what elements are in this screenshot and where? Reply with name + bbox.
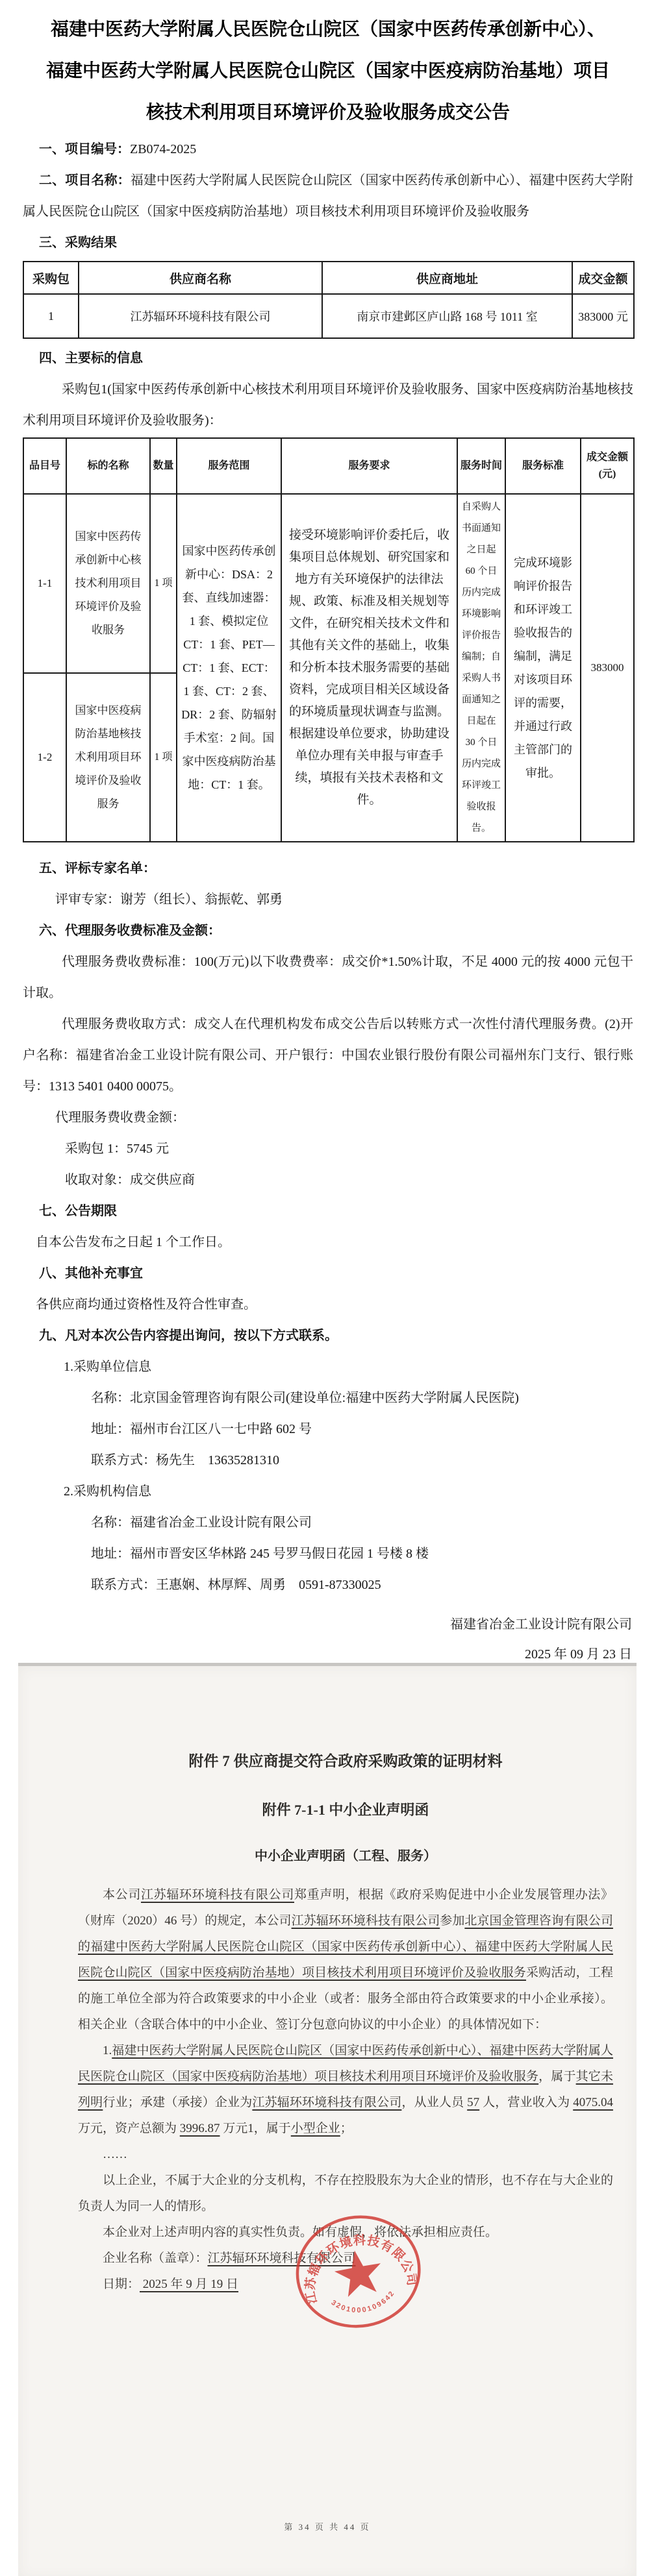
- detail-header-item-no: 品目号: [23, 438, 66, 494]
- agency-address: 地址：福州市晋安区华林路 245 号罗马假日花园 1 号楼 8 楼: [23, 1538, 633, 1569]
- result-header-address: 供应商地址: [322, 262, 572, 294]
- attachment-subtitle: 附件 7-1-1 中小企业声明函: [78, 1799, 613, 1819]
- para2-seg: 57: [467, 2096, 479, 2109]
- doc-title-line-3: 核技术利用项目环境评价及验收服务成交公告: [23, 92, 633, 134]
- agency-fee-standard: 代理服务费收费标准：100(万元)以下收费费率：成交价*1.50%计取，不足 4…: [23, 946, 633, 1009]
- supplement-body: 各供应商均通过资格性及符合性审查。: [23, 1289, 633, 1320]
- para2-seg: 人，营业收入为: [479, 2096, 573, 2109]
- para2-seg: 福建中医药大学附属人民医院仓山院区（国家中医药传承创新中心）、福建中医药大学附属…: [78, 2044, 613, 2083]
- section-heading-experts: 五、评标专家名单：: [23, 853, 633, 884]
- agency-fee-amount-label: 代理服务费收费金额：: [23, 1102, 633, 1133]
- table-row: 1 江苏辐环环境科技有限公司 南京市建邺区庐山路 168 号 1011 室 38…: [23, 294, 634, 338]
- para1-seg: 本公司: [103, 1888, 141, 1902]
- para2-seg: ，从业人员: [401, 2096, 467, 2109]
- result-cell-supplier: 江苏辐环环境科技有限公司: [79, 294, 322, 338]
- detail-cell-item-no-1: 1-1: [23, 494, 66, 673]
- detail-header-amount: 成交金额(元): [581, 438, 634, 494]
- section-heading-agency-fee: 六、代理服务收费标准及金额：: [23, 915, 633, 946]
- section-heading-result: 三、采购结果: [23, 227, 633, 258]
- detail-header-scope: 服务范围: [177, 438, 281, 494]
- project-number-label: 一、项目编号：: [39, 142, 130, 156]
- para2-seg: 小型企业: [291, 2122, 340, 2135]
- date-value: 2025 年 9 月 19 日: [140, 2277, 238, 2291]
- section-heading-subject-info: 四、主要标的信息: [23, 343, 633, 374]
- agency-name: 名称：福建省冶金工业设计院有限公司: [23, 1507, 633, 1538]
- para2-seg: 3996.87: [180, 2122, 220, 2135]
- date-label: 日期：: [103, 2277, 140, 2291]
- experts-list: 评审专家：谢芳（组长）、翁振乾、郭勇: [23, 884, 633, 915]
- attachment-paragraph-3: 以上企业，不属于大企业的分支机构，不存在控股股东为大企业的情形，也不存在与大企业…: [78, 2168, 613, 2220]
- para1-seg: 江苏辐环环境科技有限公司: [292, 1914, 440, 1928]
- result-cell-amount: 383000 元: [572, 294, 634, 338]
- purchaser-contact: 联系方式：杨先生 13635281310: [23, 1445, 633, 1476]
- svg-text:3201000109642: 3201000109642: [329, 2288, 399, 2320]
- result-cell-package: 1: [23, 294, 79, 338]
- seal-number-text: 3201000109642: [329, 2288, 399, 2320]
- detail-cell-qty-2: 1 项: [150, 673, 177, 842]
- result-cell-address: 南京市建邺区庐山路 168 号 1011 室: [322, 294, 572, 338]
- agency-fee-payer: 收取对象：成交供应商: [23, 1164, 633, 1196]
- attachment-title: 附件 7 供应商提交符合政府采购政策的证明材料: [78, 1749, 613, 1771]
- result-header-package: 采购包: [23, 262, 79, 294]
- section-heading-notice-period: 七、公告期限: [23, 1196, 633, 1227]
- announcement-page: 福建中医药大学附属人民医院仓山院区（国家中医药传承创新中心）、 福建中医药大学附…: [0, 0, 656, 2576]
- result-table-header-row: 采购包 供应商名称 供应商地址 成交金额: [23, 262, 634, 294]
- doc-title: 福建中医药大学附属人民医院仓山院区（国家中医药传承创新中心）、 福建中医药大学附…: [23, 9, 633, 134]
- attachment-content: 附件 7 供应商提交符合政府采购政策的证明材料 附件 7-1-1 中小企业声明函…: [18, 1666, 637, 2298]
- result-table: 采购包 供应商名称 供应商地址 成交金额 1 江苏辐环环境科技有限公司 南京市建…: [23, 261, 635, 339]
- detail-table-header-row: 品目号 标的名称 数量 服务范围 服务要求 服务时间 服务标准 成交金额(元): [23, 438, 634, 494]
- announcement-body: 福建中医药大学附属人民医院仓山院区（国家中医药传承创新中心）、 福建中医药大学附…: [0, 0, 656, 1669]
- detail-header-requirement: 服务要求: [281, 438, 457, 494]
- signoff-organization: 福建省冶金工业设计院有限公司: [23, 1610, 632, 1639]
- detail-cell-scope: 国家中医药传承创新中心：DSA：2 套、直线加速器：1 套、模拟定位 CT：1 …: [177, 494, 281, 842]
- para2-seg: 行业；承建（承接）企业为: [103, 2096, 252, 2109]
- subject-detail-table: 品目号 标的名称 数量 服务范围 服务要求 服务时间 服务标准 成交金额(元) …: [23, 437, 635, 842]
- para2-seg: ；: [340, 2122, 353, 2135]
- para1-seg: 参加: [440, 1914, 464, 1928]
- section-project-number: 一、项目编号：ZB074-2025: [23, 134, 633, 165]
- detail-cell-name-1: 国家中医药传承创新中心核技术利用项目环境评价及验收服务: [66, 494, 150, 673]
- purchaser-info-label: 1.采购单位信息: [23, 1351, 633, 1382]
- para2-seg: 1.: [103, 2044, 112, 2057]
- agency-contact: 联系方式：王惠娴、林厚辉、周勇 0591-87330025: [23, 1569, 633, 1601]
- project-number-value: ZB074-2025: [130, 142, 196, 156]
- section-heading-contact: 九、凡对本次公告内容提出询问，按以下方式联系。: [23, 1320, 633, 1351]
- subject-info-intro: 采购包1(国家中医药传承创新中心核技术利用项目环境评价及验收服务、国家中医疫病防…: [23, 374, 633, 436]
- detail-cell-name-2: 国家中医疫病防治基地核技术利用项目环境评价及验收服务: [66, 673, 150, 842]
- detail-header-standard: 服务标准: [505, 438, 581, 494]
- detail-cell-time: 自采购人书面通知之日起 60 个日历内完成环境影响评价报告编制；自采购人书面通知…: [457, 494, 505, 842]
- attachment-paragraph-1: 本公司江苏辐环环境科技有限公司郑重声明，根据《政府采购促进中小企业发展管理办法》…: [78, 1882, 613, 2038]
- doc-title-line-1: 福建中医药大学附属人民医院仓山院区（国家中医药传承创新中心）、: [23, 9, 633, 51]
- detail-header-time: 服务时间: [457, 438, 505, 494]
- para2-seg: 江苏辐环环境科技有限公司: [252, 2096, 401, 2109]
- detail-cell-amount: 383000: [581, 494, 634, 842]
- attachment-scan: 附件 7 供应商提交符合政府采购政策的证明材料 附件 7-1-1 中小企业声明函…: [18, 1663, 637, 2576]
- result-header-supplier: 供应商名称: [79, 262, 322, 294]
- company-seal-label: 企业名称（盖章）：: [103, 2251, 208, 2265]
- section-project-name: 二、项目名称：福建中医药大学附属人民医院仓山院区（国家中医药传承创新中心）、福建…: [23, 165, 633, 227]
- detail-cell-item-no-2: 1-2: [23, 673, 66, 842]
- detail-cell-qty-1: 1 项: [150, 494, 177, 673]
- agency-info-label: 2.采购机构信息: [23, 1476, 633, 1507]
- notice-period-body: 自本公告发布之日起 1 个工作日。: [23, 1227, 633, 1258]
- detail-header-qty: 数量: [150, 438, 177, 494]
- para2-seg: 万元，资产总额为: [78, 2122, 180, 2135]
- page-number-footer: 第 34 页 共 44 页: [18, 2520, 637, 2533]
- agency-fee-package-amount: 采购包 1：5745 元: [23, 1133, 633, 1164]
- para1-seg: 江苏辐环环境科技有限公司: [141, 1888, 294, 1902]
- para2-seg: ，属于: [538, 2070, 576, 2083]
- agency-fee-method: 代理服务费收取方式：成交人在代理机构发布成交公告后以转账方式一次性付清代理服务费…: [23, 1009, 633, 1102]
- project-name-label: 二、项目名称：: [39, 173, 131, 188]
- company-seal-stamp: 江苏辐环环境科技有限公司 3201000109642: [294, 2213, 423, 2330]
- seal-star-icon: [331, 2246, 385, 2298]
- section-heading-supplement: 八、其他补充事宜: [23, 1258, 633, 1289]
- attachment-paragraph-2: 1.福建中医药大学附属人民医院仓山院区（国家中医药传承创新中心）、福建中医药大学…: [78, 2038, 613, 2142]
- purchaser-name: 名称：北京国金管理咨询有限公司(建设单位:福建中医药大学附属人民医院): [23, 1382, 633, 1414]
- detail-cell-requirement: 接受环境影响评价委托后，收集项目总体规划、研究国家和地方有关环境保护的法律法规、…: [281, 494, 457, 842]
- detail-cell-standard: 完成环境影响评价报告和环评竣工验收报告的编制，满足对该项目环评的需要，并通过行政…: [505, 494, 581, 842]
- doc-title-line-2: 福建中医药大学附属人民医院仓山院区（国家中医疫病防治基地）项目: [23, 51, 633, 92]
- attachment-ellipsis: ……: [78, 2142, 613, 2168]
- table-row: 1-1 国家中医药传承创新中心核技术利用项目环境评价及验收服务 1 项 国家中医…: [23, 494, 634, 673]
- signoff-block: 福建省冶金工业设计院有限公司 2025 年 09 月 23 日: [23, 1610, 633, 1669]
- para2-seg: 4075.04: [573, 2096, 613, 2109]
- para2-seg: 万元1，属于: [220, 2122, 291, 2135]
- purchaser-address: 地址：福州市台江区八一七中路 602 号: [23, 1414, 633, 1445]
- attachment-declaration-heading: 中小企业声明函（工程、服务）: [78, 1845, 613, 1864]
- detail-header-name: 标的名称: [66, 438, 150, 494]
- result-header-amount: 成交金额: [572, 262, 634, 294]
